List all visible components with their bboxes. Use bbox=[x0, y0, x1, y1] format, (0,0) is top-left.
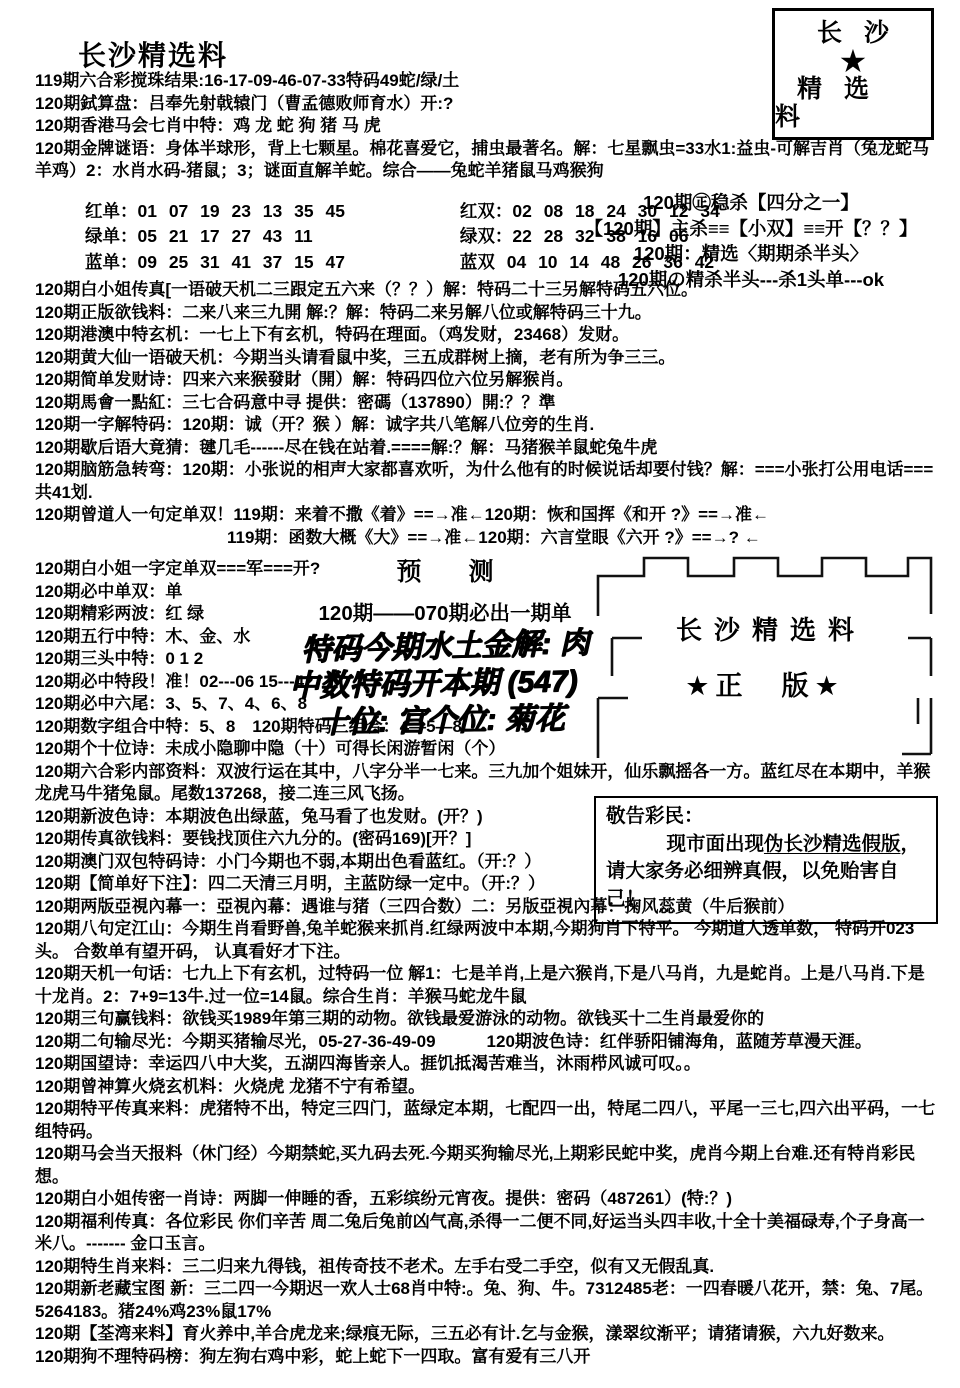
text-line: 120期金牌谜语：身体半球形，背上七颗星。棉花喜爱它，捕虫最著名。解：七星飘虫=… bbox=[35, 138, 938, 183]
text-line: 120期一字解特码：120期：诚（开？猴 ）解：诚字共八笔解八位旁的生肖. bbox=[35, 414, 938, 437]
frame-subtitle: ★正 版★ bbox=[590, 664, 940, 703]
text-line: 120期新老藏宝图 新：三二四一今期迟一欢人士68肖中特:。兔、狗、牛。7312… bbox=[35, 1278, 938, 1323]
notice-body-underlined: 伪长沙精选假版 bbox=[764, 833, 901, 855]
text-line: 120期特平传真来料：虎猪特不出，特定三四门，蓝绿定本期，七配四一出，特尾二四八… bbox=[35, 1098, 938, 1143]
stable-kill-line1: 120期㊣稳杀【四分之一】 bbox=[552, 190, 950, 216]
forecast-title: 预 测 bbox=[275, 552, 615, 588]
text-line: 120期国望诗：幸运四八中大奖，五湖四海皆亲人。捱饥抵渴苦难当，沐雨栉风诚可叹。… bbox=[35, 1053, 938, 1076]
frame-title: 长沙精选料 bbox=[590, 610, 940, 647]
text-line: 120期狗不理特码榜：狗左狗右鸡中彩，蛇上蛇下一四取。富有爱有三八开 bbox=[35, 1346, 938, 1369]
stable-kill-line4: 120期の精杀半头---杀1头单---ok bbox=[552, 267, 950, 293]
notice-box: 敬告彩民： 现市面出现伪长沙精选假版，请大家务必细辨真假，以免贻害自己！ bbox=[594, 796, 938, 924]
text-line: 120期简单发财诗：四来六来猴發財（開）解：特码四位六位另解猴肖。 bbox=[35, 369, 938, 392]
text-line: 120期曾神算火烧玄机料：火烧虎 龙猪不宁有希望。 bbox=[35, 1076, 938, 1099]
forecast-block: 预 测 120期——070期必出一期单 特码今期水土金解: 肉 中数特码开本期 … bbox=[275, 552, 615, 739]
text-line: 120期正版欲钱料：二来八来三九開 解:？解：特码二来另解八位或解特码三十九。 bbox=[35, 302, 938, 325]
text-line: 120期二句输尽光：今期买猪输尽光，05-27-36-49-09 120期波色诗… bbox=[35, 1031, 938, 1054]
notice-heading: 敬告彩民： bbox=[606, 803, 926, 831]
scanned-lottery-sheet: { "title": "长沙精选料", "logo_box": { "top":… bbox=[0, 0, 960, 1388]
text-line: 120期曾道人一句定单双！119期：来着不撒《着》==→准←120期：恢和国挥《… bbox=[35, 504, 938, 527]
handwriting-line3: 十位: 宫个位: 菊花 bbox=[271, 699, 612, 742]
text-line: 120期特生肖来料：三二归来九得钱，祖传奇技不老术。左手右受二手空，似有又无假乱… bbox=[35, 1256, 938, 1279]
stable-kill-line2: 【120期】主杀≡≡【小双】≡≡开【？？】 bbox=[552, 216, 950, 242]
text-line: 120期三句赢钱料：欲钱买1989年第三期的动物。欲钱最爱游泳的动物。欲钱买十二… bbox=[35, 1008, 938, 1031]
text-line: 120期馬會一點紅：三七合码意中寻 提供：密碼（137890）開:？？準 bbox=[35, 392, 938, 415]
notice-body: 现市面出现伪长沙精选假版，请大家务必细辨真假，以免贻害自己！ bbox=[606, 831, 926, 914]
blue-singles: 蓝单：09 25 31 41 37 15 47 bbox=[85, 250, 455, 276]
text-line: 119期六合彩搅珠结果:16-17-09-46-07-33特码49蛇/绿/土 bbox=[35, 70, 938, 93]
text-line: 120期歇后语大竟猜：毽几毛------尽在钱在站着.====解:？解：马猪猴羊… bbox=[35, 437, 938, 460]
text-line: 120期天机一句话：七九上下有玄机，过特码一位 解1：七是羊肖,上是六猴肖,下是… bbox=[35, 963, 938, 1008]
text-line: 120期【荃湾来料】育火养中,羊合虎龙来;绿痕无际，三五必有计.乞与金猴，漾翠纹… bbox=[35, 1323, 938, 1346]
page-title: 长沙精选料 bbox=[78, 34, 228, 74]
green-singles: 绿单：05 21 17 27 43 11 bbox=[85, 224, 455, 250]
text-line: 120期香港马会七肖中特：鸡 龙 蛇 狗 猪 马 虎 bbox=[35, 115, 938, 138]
text-line: 120期黄大仙一语破天机：今期当头请看鼠中奖，三五成群树上摘，老有所为争三三。 bbox=[35, 347, 938, 370]
red-singles: 红单：01 07 19 23 13 35 45 bbox=[85, 199, 455, 225]
genuine-edition-frame: 长沙精选料 ★正 版★ bbox=[590, 546, 940, 760]
text-line: 120期马会当天报料（休门经）今期禁蛇,买九码去死.今期买狗输尽光,上期彩民蛇中… bbox=[35, 1143, 938, 1188]
ornamental-frame-border bbox=[590, 546, 940, 760]
text-line: 120期八句定江山：今期生肖看野兽,兔羊蛇猴来抓肖.红绿两波中本期,今期狗肖下特… bbox=[35, 918, 938, 963]
text-line: 120期脑筋急转弯：120期：小张说的相声大家都喜欢听，为什么他有的时候说话却要… bbox=[35, 459, 938, 504]
text-line: 120期鉽算盘：吕奉先射戟辕门（曹孟德败师育水）开:? bbox=[35, 93, 938, 116]
stable-kill-line3: 120期：精选〈期期杀半头〉 bbox=[552, 241, 950, 267]
forecast-subtitle: 120期——070期必出一期单 bbox=[275, 596, 615, 626]
top-lines: 119期六合彩搅珠结果:16-17-09-46-07-33特码49蛇/绿/土12… bbox=[35, 70, 938, 183]
notice-body-prefix: 现市面出现 bbox=[666, 833, 764, 855]
handwriting-line2: 中数特码开本期 (547) bbox=[263, 662, 604, 705]
text-line: 120期白小姐传密一肖诗：两脚一伸睡的香，五彩缤纷元宵夜。提供：密码（48726… bbox=[35, 1188, 938, 1211]
stable-kill-block: 120期㊣稳杀【四分之一】 【120期】主杀≡≡【小双】≡≡开【？？】 120期… bbox=[552, 190, 950, 292]
text-line: 120期港澳中特玄机：一七上下有玄机，特码在理面。（鸡发财，23468）发财。 bbox=[35, 324, 938, 347]
text-line: 120期福利传真：各位彩民 你们辛苦 周二兔后兔前凶气高,杀得一二便不同,好运当… bbox=[35, 1211, 938, 1256]
